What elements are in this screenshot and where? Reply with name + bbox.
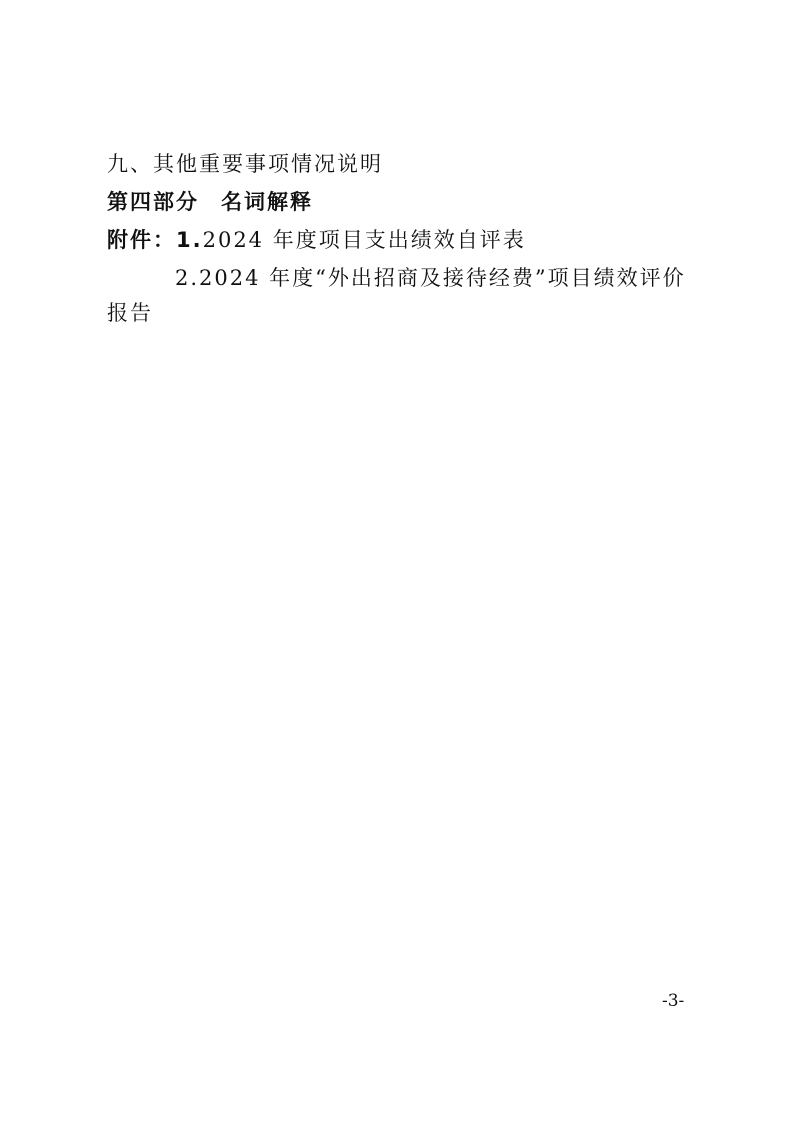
attachment-1-text: 2024 年度项目支出绩效自评表 <box>203 228 526 252</box>
section-item-nine-text: 九、其他重要事项情况说明 <box>107 152 383 176</box>
attachment-1-number: 1. <box>176 228 203 252</box>
attachments-label: 附件： <box>107 228 176 252</box>
part-four-title: 名词解释 <box>221 190 313 214</box>
part-four-heading: 第四部分名词解释 <box>107 188 313 216</box>
attachment-1-line: 附件：1.2024 年度项目支出绩效自评表 <box>107 226 526 254</box>
attachment-2-cont-text: 报告 <box>107 301 153 325</box>
section-item-nine: 九、其他重要事项情况说明 <box>107 150 383 178</box>
page-number: -3- <box>662 990 684 1012</box>
attachment-2-line: 2.2024 年度“外出招商及接待经费”项目绩效评价 <box>175 264 686 292</box>
part-four-label: 第四部分 <box>107 190 199 214</box>
attachment-2-text: 2.2024 年度“外出招商及接待经费”项目绩效评价 <box>175 266 686 290</box>
document-page: 九、其他重要事项情况说明 第四部分名词解释 附件：1.2024 年度项目支出绩效… <box>0 0 793 1122</box>
attachment-2-continuation: 报告 <box>107 299 153 327</box>
